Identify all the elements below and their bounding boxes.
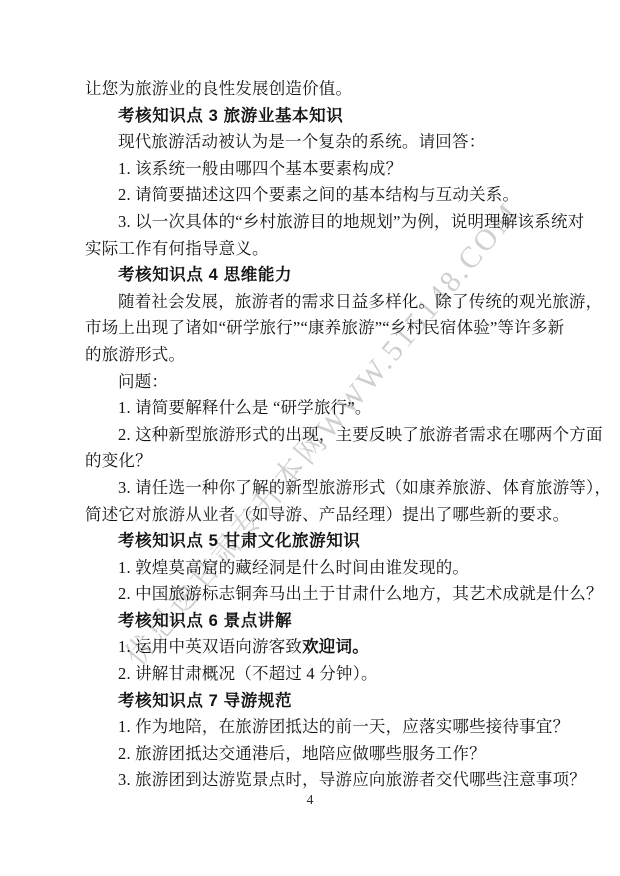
text-line: 让您为旅游业的良性发展创造价值。 — [85, 76, 567, 103]
text-line: 2. 讲解甘肃概况（不超过 4 分钟）。 — [85, 661, 567, 688]
section-heading: 考核知识点 7 导游规范 — [85, 688, 567, 715]
document-body: 让您为旅游业的良性发展创造价值。 考核知识点 3 旅游业基本知识 现代旅游活动被… — [85, 76, 567, 794]
text-line: 问题： — [85, 369, 567, 396]
section-heading: 考核知识点 4 思维能力 — [85, 262, 567, 289]
section-heading: 考核知识点 6 景点讲解 — [85, 608, 567, 635]
text-line: 随着社会发展，旅游者的需求日益多样化。除了传统的观光旅游， — [85, 289, 567, 316]
text-segment: 1. 运用中英双语向游客致 — [118, 637, 302, 656]
document-page: 优思逸甘肃专升本网WWW.515148.COM 让您为旅游业的良性发展创造价值。… — [0, 0, 620, 876]
text-line: 的旅游形式。 — [85, 342, 567, 369]
section-heading: 考核知识点 5 甘肃文化旅游知识 — [85, 528, 567, 555]
text-line: 2. 旅游团抵达交通港后，地陪应做哪些服务工作？ — [85, 741, 567, 768]
text-line: 1. 请简要解释什么是 “研学旅行”。 — [85, 395, 567, 422]
text-line: 3. 旅游团到达游览景点时，导游应向旅游者交代哪些注意事项？ — [85, 767, 567, 794]
text-line: 1. 作为地陪，在旅游团抵达的前一天，应落实哪些接待事宜？ — [85, 714, 567, 741]
text-line: 1. 敦煌莫高窟的藏经洞是什么时间由谁发现的。 — [85, 555, 567, 582]
text-line: 简述它对旅游从业者（如导游、产品经理）提出了哪些新的要求。 — [85, 502, 567, 529]
text-line: 2. 请简要描述这四个要素之间的基本结构与互动关系。 — [85, 182, 567, 209]
text-line: 1. 运用中英双语向游客致欢迎词。 — [85, 634, 567, 661]
text-line: 1. 该系统一般由哪四个基本要素构成？ — [85, 156, 567, 183]
text-line: 市场上出现了诸如“研学旅行”“康养旅游”“乡村民宿体验”等许多新 — [85, 315, 567, 342]
bold-text-segment: 欢迎词。 — [302, 638, 369, 656]
text-line: 2. 中国旅游标志铜奔马出土于甘肃什么地方，其艺术成就是什么？ — [85, 581, 567, 608]
text-line: 的变化？ — [85, 448, 567, 475]
text-line: 3. 请任选一种你了解的新型旅游形式（如康养旅游、体育旅游等）， — [85, 475, 567, 502]
text-line: 2. 这种新型旅游形式的出现，主要反映了旅游者需求在哪两个方面 — [85, 422, 567, 449]
page-number: 4 — [0, 792, 620, 808]
text-line: 现代旅游活动被认为是一个复杂的系统。请回答： — [85, 129, 567, 156]
text-line: 3. 以一次具体的“乡村旅游目的地规划”为例，说明理解该系统对 — [85, 209, 567, 236]
section-heading: 考核知识点 3 旅游业基本知识 — [85, 103, 567, 130]
text-line: 实际工作有何指导意义。 — [85, 236, 567, 263]
